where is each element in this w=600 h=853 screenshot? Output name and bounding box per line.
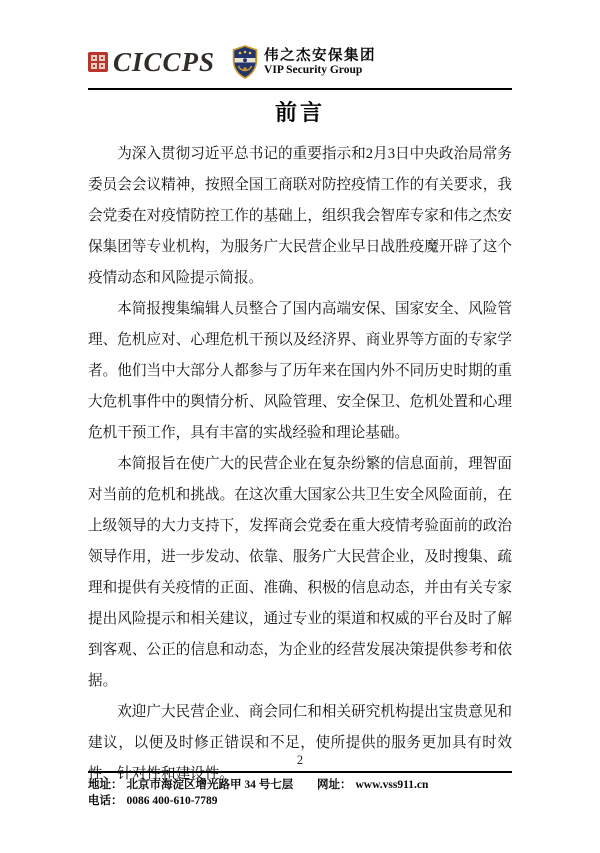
footer-row-phone: 电话：0086 400-610-7789: [88, 793, 512, 809]
address-line: 地址：北京市海淀区增光路甲 34 号七层: [88, 777, 317, 793]
address-value: 北京市海淀区增光路甲 34 号七层: [127, 779, 294, 791]
phone-label: 电话：: [88, 795, 123, 807]
group-name-cn: 伟之杰安保集团: [264, 48, 376, 64]
body-paragraph: 为深入贯彻习近平总书记的重要指示和2月3日中央政治局常务委员会会议精神，按照全国…: [88, 139, 512, 294]
security-group-shield-icon: [232, 45, 258, 79]
group-name-block: 伟之杰安保集团 VIP Security Group: [264, 48, 376, 77]
footer-row-address: 地址：北京市海淀区增光路甲 34 号七层 网址：www.vss911.cn: [88, 777, 512, 793]
body-paragraph: 本简报旨在使广大的民营企业在复杂纷繁的信息面前，理智面对当前的危机和挑战。在这次…: [88, 449, 512, 697]
body-paragraph: 本简报搜集编辑人员整合了国内高端安保、国家安全、风险管理、危机应对、心理危机干预…: [88, 294, 512, 449]
page-number: 2: [0, 753, 600, 768]
body-content: 为深入贯彻习近平总书记的重要指示和2月3日中央政治局常务委员会会议精神，按照全国…: [88, 139, 512, 790]
footer: 地址：北京市海淀区增光路甲 34 号七层 网址：www.vss911.cn 电话…: [88, 777, 512, 809]
address-label: 地址：: [88, 779, 123, 791]
phone-value: 0086 400-610-7789: [127, 795, 218, 807]
website-line: 网址：www.vss911.cn: [317, 777, 428, 793]
footer-divider: [88, 771, 512, 773]
page-title: 前言: [0, 99, 600, 127]
header-divider: [88, 88, 512, 90]
header: CICCPS 伟之杰安保集团 VIP Security Group: [0, 0, 600, 81]
group-name-en: VIP Security Group: [264, 64, 376, 77]
website-value: www.vss911.cn: [356, 779, 429, 791]
phone-line: 电话：0086 400-610-7789: [88, 793, 317, 809]
website-label: 网址：: [317, 779, 352, 791]
ciccps-wordmark: CICCPS: [113, 49, 215, 76]
red-seal-icon: [88, 52, 108, 72]
document-page: CICCPS 伟之杰安保集团 VIP Security Group 前言 为深入…: [0, 0, 600, 853]
